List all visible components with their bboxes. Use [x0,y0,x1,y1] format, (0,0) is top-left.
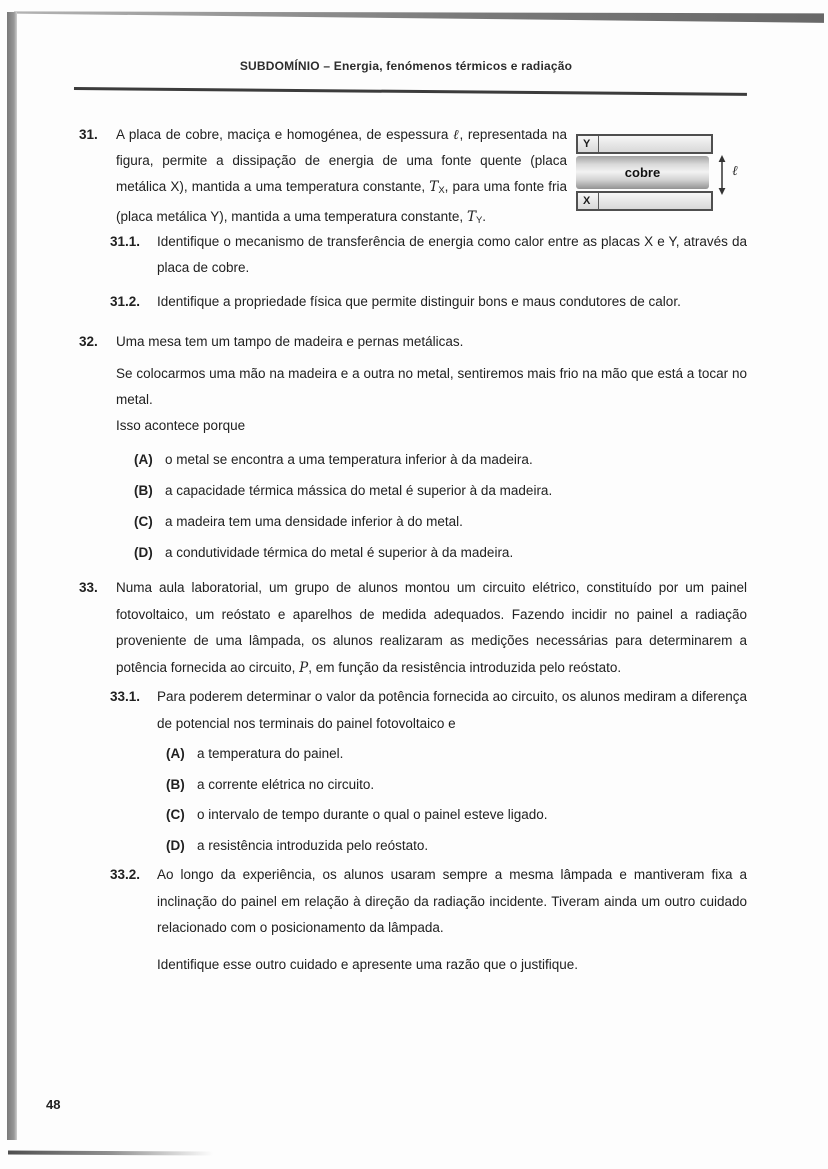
option-d: (D) a resistência introduzida pelo reóst… [166,833,747,860]
question-number: 33.2. [110,862,157,889]
option-text: a madeira tem uma densidade inferior à d… [165,509,747,535]
option-b: (B) a corrente elétrica no circuito. [166,772,747,799]
plate-y-label: Y [578,136,599,152]
plate-x-label: X [578,193,599,209]
option-label: (D) [166,833,197,860]
question-number: 31.2. [110,289,157,315]
question-32: 32. Uma mesa tem um tampo de madeira e p… [79,329,747,571]
question-text: Ao longo da experiência, os alunos usara… [157,862,747,942]
thickness-label: ℓ [732,163,738,179]
option-text: a resistência introduzida pelo reóstato. [197,833,747,860]
scanned-exam-page: SUBDOMÍNIO – Energia, fenómenos térmicos… [0,0,828,1169]
question-body: Uma mesa tem um tampo de madeira e perna… [116,329,747,571]
question-33: 33. Numa aula laboratorial, um grupo de … [79,575,747,681]
option-a: (A) o metal se encontra a uma temperatur… [134,447,747,473]
plate-x: X [576,191,713,211]
math-P: P [299,660,308,676]
question-number: 32. [79,329,116,355]
page-number: 48 [46,1097,60,1112]
option-b: (B) a capacidade térmica mássica do meta… [134,478,747,504]
scan-edge-left [7,12,17,1140]
plate-cobre: cobre [576,156,709,189]
question-text: Isso acontece porque [116,413,747,439]
figure-copper-plate-diagram: Y cobre X ℓ [576,134,744,218]
question-body: Ao longo da experiência, os alunos usara… [157,862,747,978]
question-text: Identifique esse outro cuidado e apresen… [157,952,747,979]
option-text: o intervalo de tempo durante o qual o pa… [197,802,747,829]
scan-edge-bottom [8,1150,213,1155]
plate-y: Y [576,134,713,154]
question-text: Se colocarmos uma mão na madeira e a out… [116,361,747,413]
option-text: a corrente elétrica no circuito. [197,772,747,799]
question-number: 33. [79,575,116,602]
option-label: (C) [134,509,165,535]
question-31-1: 31.1. Identifique o mecanismo de transfe… [110,229,747,281]
question-number: 31. [79,122,116,148]
question-text: Para poderem determinar o valor da potên… [157,684,747,737]
option-text: a temperatura do painel. [197,741,747,768]
option-label: (B) [166,772,197,799]
thickness-arrow-icon [715,155,729,195]
option-c: (C) o intervalo de tempo durante o qual … [166,802,747,829]
header-rule [74,87,747,95]
question-text: Numa aula laboratorial, um grupo de alun… [116,575,747,681]
question-31: 31. A placa de cobre, maciça e homogénea… [79,122,567,234]
question-number: 33.1. [110,684,157,711]
option-text: a capacidade térmica mássica do metal é … [165,478,747,504]
question-text: Identifique a propriedade física que per… [157,289,747,315]
question-33-1: 33.1. Para poderem determinar o valor da… [110,684,747,863]
plate-stack: Y cobre X [576,134,713,211]
option-label: (A) [166,741,197,768]
option-label: (B) [134,478,165,504]
question-text: A placa de cobre, maciça e homogénea, de… [116,122,567,234]
scan-edge-top [14,10,824,24]
page-header: SUBDOMÍNIO – Energia, fenómenos térmicos… [0,59,812,73]
math-T: T [467,209,476,225]
math-T: T [429,179,438,195]
question-body: Para poderem determinar o valor da potên… [157,684,747,863]
question-number: 31.1. [110,229,157,255]
question-text: Identifique o mecanismo de transferência… [157,229,747,281]
question-31-2: 31.2. Identifique a propriedade física q… [110,289,747,315]
option-label: (D) [134,540,165,566]
option-text: a condutividade térmica do metal é super… [165,540,747,566]
option-a: (A) a temperatura do painel. [166,741,747,768]
option-label: (A) [134,447,165,473]
options-list: (A) a temperatura do painel. (B) a corre… [166,741,747,859]
option-label: (C) [166,802,197,829]
question-33-2: 33.2. Ao longo da experiência, os alunos… [110,862,747,978]
option-text: o metal se encontra a uma temperatura in… [165,447,747,473]
question-text: Uma mesa tem um tampo de madeira e perna… [116,329,747,355]
option-d: (D) a condutividade térmica do metal é s… [134,540,747,566]
options-list: (A) o metal se encontra a uma temperatur… [134,447,747,566]
option-c: (C) a madeira tem uma densidade inferior… [134,509,747,535]
